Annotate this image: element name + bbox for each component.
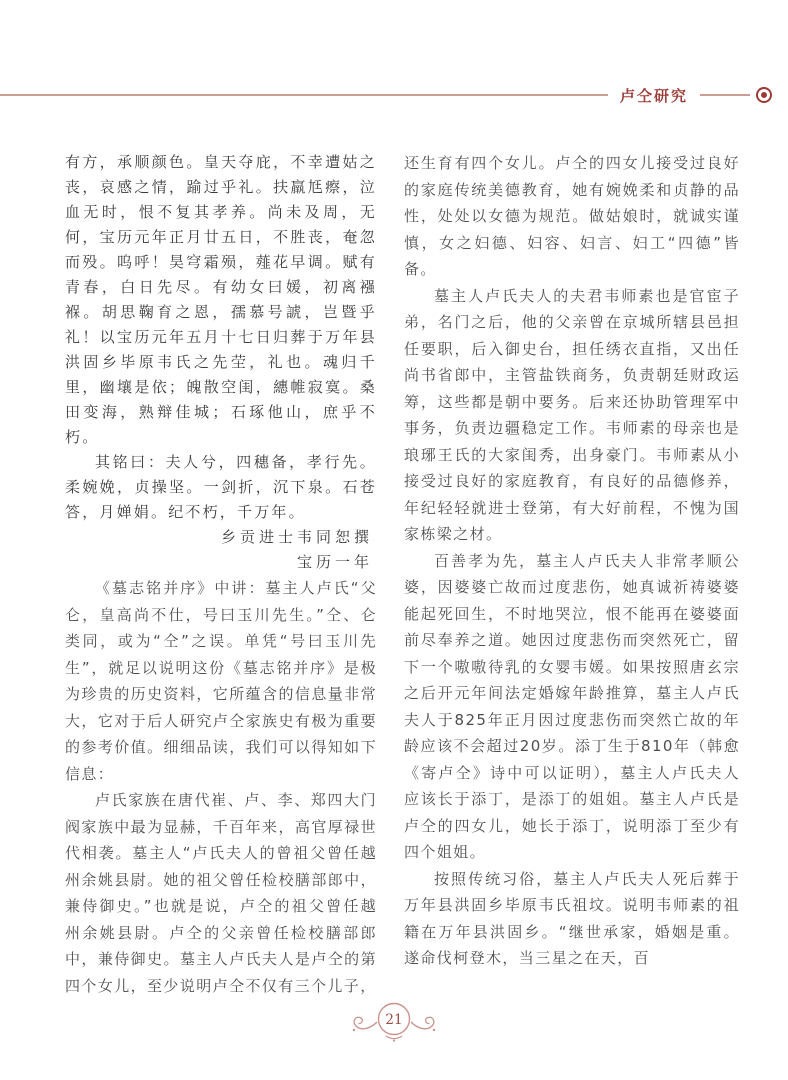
page-title: 卢仝研究 [620, 85, 688, 106]
right-column: 还生育有四个女儿。卢仝的四女儿接受过良好的家庭传统美德教育，她有婉娩柔和贞静的品… [404, 150, 740, 999]
journal-page: { "header": { "title": "卢仝研究" }, "colors… [0, 0, 788, 1080]
bullseye-icon [756, 87, 772, 103]
page-body: 有方，承顺颜色。皇天夺庇，不幸遭姑之丧，哀感之情，踰过乎礼。扶羸尪瘵，泣血无时，… [65, 150, 740, 999]
epitaph-signature-line: 乡贡进士韦同恕撰 [65, 525, 377, 550]
commentary-paragraph: 墓主人卢氏夫人的夫君韦师素也是官宦子弟，名门之后，他的父亲曾在京城所辖县邑担任要… [404, 283, 740, 548]
left-column: 有方，承顺颜色。皇天夺庇，不幸遭姑之丧，哀感之情，踰过乎礼。扶羸尪瘵，泣血无时，… [65, 150, 377, 999]
commentary-paragraph: 百善孝为先，墓主人卢氏夫人非常孝顺公婆，因婆婆亡故而过度悲伤，她真诚祈祷婆婆能起… [404, 548, 740, 866]
commentary-paragraph: 《墓志铭并序》中讲：墓主人卢氏“父仑，皇高尚不仕，号曰玉川先生。”仝、仑类同，或… [65, 575, 377, 787]
commentary-paragraph: 还生育有四个女儿。卢仝的四女儿接受过良好的家庭传统美德教育，她有婉娩柔和贞静的品… [404, 150, 740, 283]
epitaph-date-line: 宝历一年 [65, 550, 377, 575]
epitaph-continuation-paragraph: 有方，承顺颜色。皇天夺庇，不幸遭姑之丧，哀感之情，踰过乎礼。扶羸尪瘵，泣血无时，… [65, 150, 377, 450]
epitaph-ming-paragraph: 其铭曰：夫人兮，四穗备，孝行先。柔婉娩，贞操坚。一剑折，沉下泉。石苍答，月婵娟。… [65, 450, 377, 525]
commentary-paragraph: 卢氏家族在唐代崔、卢、李、郑四大门阀家族中最为显赫，千百年来，高官厚禄世代相袭。… [65, 787, 377, 999]
header-rule-right [700, 94, 750, 96]
page-header: 卢仝研究 [0, 86, 788, 104]
page-number: 21 [385, 1012, 402, 1028]
page-footer: 21 [0, 998, 788, 1044]
page-number-ornament: 21 [339, 998, 449, 1044]
commentary-paragraph: 按照传统习俗，墓主人卢氏夫人死后葬于万年县洪固乡毕原韦氏祖坟。说明韦师素的祖籍在… [404, 866, 740, 972]
header-rule-left [0, 94, 608, 96]
